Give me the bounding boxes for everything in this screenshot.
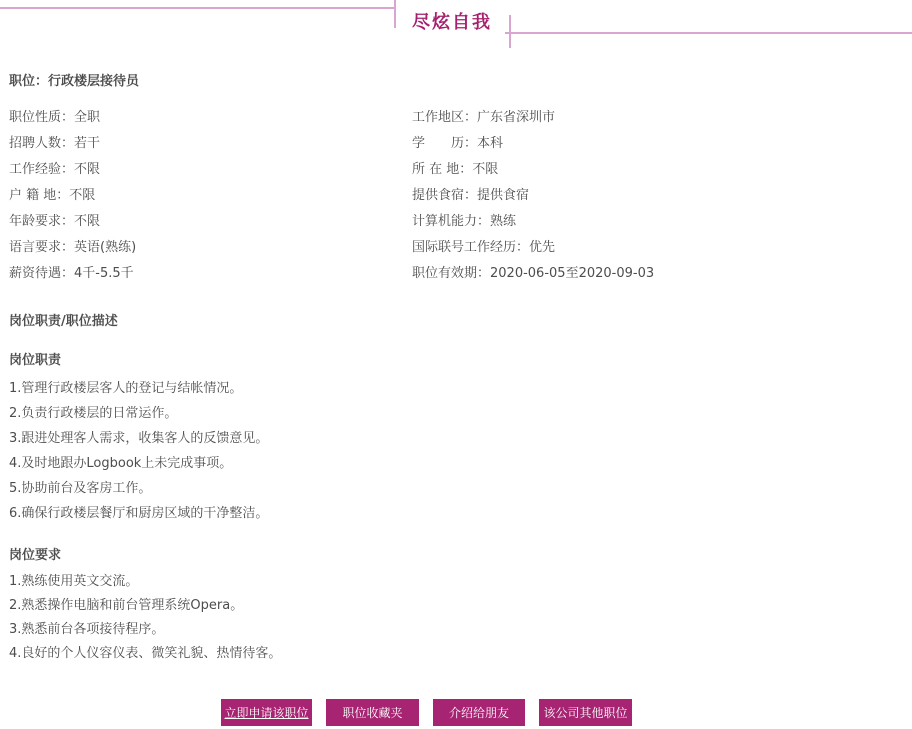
job-details-right-column: 工作地区：广东省深圳市 学 历：本科 所 在 地：不限 提供食宿：提供食宿 计算… — [412, 105, 903, 287]
job-details: 职位性质：全职 招聘人数：若干 工作经验：不限 户 籍 地：不限 年龄要求：不限… — [9, 105, 903, 287]
detail-value: 2020-06-05至2020-09-03 — [490, 266, 654, 281]
header-line-left — [0, 7, 396, 9]
list-item: 2.熟悉操作电脑和前台管理系统Opera。 — [9, 594, 903, 618]
list-item: 3.熟悉前台各项接待程序。 — [9, 618, 903, 642]
page-title: 尽炫自我 — [412, 8, 492, 34]
detail-label: 职位有效期： — [412, 266, 490, 281]
detail-row-household: 户 籍 地：不限 — [9, 183, 412, 209]
detail-value: 提供食宿 — [477, 188, 529, 203]
job-detail-content: 职位：行政楼层接待员 职位性质：全职 招聘人数：若干 工作经验：不限 户 籍 地… — [0, 56, 912, 726]
duties-heading: 岗位职责 — [9, 349, 903, 368]
detail-label: 计算机能力： — [412, 214, 490, 229]
apply-now-button[interactable]: 立即申请该职位 — [221, 699, 312, 726]
job-position-value: 行政楼层接待员 — [48, 74, 139, 89]
detail-value: 若干 — [74, 136, 100, 151]
detail-row-computer-skill: 计算机能力：熟练 — [412, 209, 903, 235]
detail-label: 年龄要求： — [9, 214, 74, 229]
duties-list: 1.管理行政楼层客人的登记与结帐情况。 2.负责行政楼层的日常运作。 3.跟进处… — [9, 376, 903, 526]
detail-value: 全职 — [74, 110, 100, 125]
detail-label: 国际联号工作经历： — [412, 240, 529, 255]
detail-value: 不限 — [74, 214, 100, 229]
detail-label: 所 在 地： — [412, 162, 472, 177]
detail-label: 语言要求： — [9, 240, 74, 255]
job-details-left-column: 职位性质：全职 招聘人数：若干 工作经验：不限 户 籍 地：不限 年龄要求：不限… — [9, 105, 412, 287]
detail-row-experience: 工作经验：不限 — [9, 157, 412, 183]
job-position-label: 职位： — [9, 74, 48, 89]
detail-label: 提供食宿： — [412, 188, 477, 203]
requirements-list: 1.熟练使用英文交流。 2.熟悉操作电脑和前台管理系统Opera。 3.熟悉前台… — [9, 570, 903, 666]
detail-label: 户 籍 地： — [9, 188, 69, 203]
detail-label: 工作地区： — [412, 110, 477, 125]
detail-value: 不限 — [472, 162, 498, 177]
detail-label: 职位性质： — [9, 110, 74, 125]
list-item: 5.协助前台及客房工作。 — [9, 476, 903, 501]
list-item: 3.跟进处理客人需求，收集客人的反馈意见。 — [9, 426, 903, 451]
detail-label: 薪资待遇： — [9, 266, 74, 281]
detail-row-headcount: 招聘人数：若干 — [9, 131, 412, 157]
list-item: 1.管理行政楼层客人的登记与结帐情况。 — [9, 376, 903, 401]
detail-row-work-area: 工作地区：广东省深圳市 — [412, 105, 903, 131]
detail-value: 熟练 — [490, 214, 516, 229]
description-heading: 岗位职责/职位描述 — [9, 310, 903, 329]
page-header: 尽炫自我 — [0, 0, 912, 56]
list-item: 4.良好的个人仪容仪表、微笑礼貌、热情待客。 — [9, 642, 903, 666]
list-item: 4.及时地跟办Logbook上未完成事项。 — [9, 451, 903, 476]
detail-row-location: 所 在 地：不限 — [412, 157, 903, 183]
detail-value: 4千-5.5千 — [74, 266, 134, 281]
detail-row-intl-experience: 国际联号工作经历：优先 — [412, 235, 903, 261]
detail-row-salary: 薪资待遇：4千-5.5千 — [9, 261, 412, 287]
job-position-title: 职位：行政楼层接待员 — [9, 56, 903, 89]
requirements-heading: 岗位要求 — [9, 544, 903, 563]
refer-friend-button[interactable]: 介绍给朋友 — [433, 699, 525, 726]
header-tick-left — [394, 0, 396, 28]
detail-value: 英语(熟练) — [74, 240, 136, 255]
detail-value: 不限 — [69, 188, 95, 203]
detail-value: 优先 — [529, 240, 555, 255]
detail-row-language: 语言要求：英语(熟练) — [9, 235, 412, 261]
detail-label: 招聘人数： — [9, 136, 74, 151]
detail-row-age: 年龄要求：不限 — [9, 209, 412, 235]
job-favorites-button[interactable]: 职位收藏夹 — [326, 699, 419, 726]
detail-value: 广东省深圳市 — [477, 110, 555, 125]
detail-label: 学 历： — [412, 136, 477, 151]
header-line-right — [505, 32, 912, 34]
detail-row-validity-period: 职位有效期：2020-06-05至2020-09-03 — [412, 261, 903, 287]
detail-row-job-type: 职位性质：全职 — [9, 105, 412, 131]
detail-value: 不限 — [74, 162, 100, 177]
detail-label: 工作经验： — [9, 162, 74, 177]
detail-row-education: 学 历：本科 — [412, 131, 903, 157]
detail-row-room-board: 提供食宿：提供食宿 — [412, 183, 903, 209]
list-item: 1.熟练使用英文交流。 — [9, 570, 903, 594]
list-item: 2.负责行政楼层的日常运作。 — [9, 401, 903, 426]
company-other-jobs-button[interactable]: 该公司其他职位 — [539, 699, 632, 726]
detail-value: 本科 — [477, 136, 503, 151]
action-button-row: 立即申请该职位 职位收藏夹 介绍给朋友 该公司其他职位 — [221, 699, 903, 726]
list-item: 6.确保行政楼层餐厅和厨房区域的干净整洁。 — [9, 501, 903, 526]
